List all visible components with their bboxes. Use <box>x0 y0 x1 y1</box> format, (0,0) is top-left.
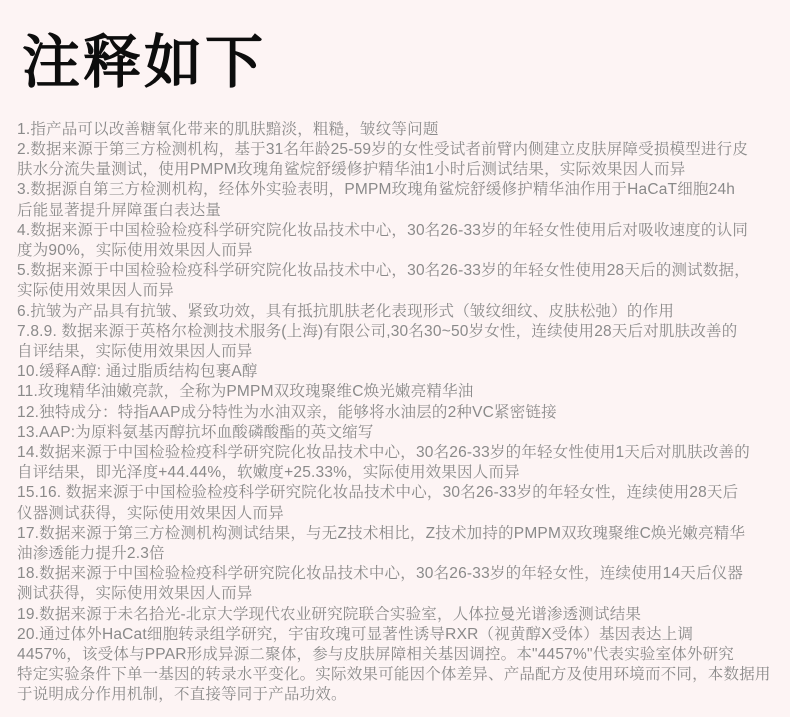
note-item-13: 13.AAP:为原料氨基丙醇抗坏血酸磷酸酯的英文缩写 <box>17 423 776 443</box>
annotations-page: 注释如下 1.指产品可以改善糖氧化带来的肌肤黯淡，粗糙，皱纹等问题 2.数据来源… <box>0 0 790 717</box>
note-item-18: 18.数据来源于中国检验检疫科学研究院化妆品技术中心，30名26-33岁的年轻女… <box>17 564 776 604</box>
page-title: 注释如下 <box>22 31 790 95</box>
note-item-20: 20.通过体外HaCat细胞转录组学研究，宇宙玫瑰可显著性诱导RXR（视黄醇X受… <box>17 625 776 706</box>
note-item-3: 3.数据源自第三方检测机构，经体外实验表明，PMPM玫瑰角鲨烷舒缓修护精华油作用… <box>17 180 776 220</box>
note-item-10: 10.缓释A醇: 通过脂质结构包裹A醇 <box>17 362 776 382</box>
note-item-19: 19.数据来源于未名拾光-北京大学现代农业研究院联合实验室，人体拉曼光谱渗透测试… <box>17 605 776 625</box>
notes-list: 1.指产品可以改善糖氧化带来的肌肤黯淡，粗糙，皱纹等问题 2.数据来源于第三方检… <box>0 95 790 706</box>
note-item-14: 14.数据来源于中国检验检疫科学研究院化妆品技术中心，30名26-33岁的年轻女… <box>17 443 776 483</box>
note-item-7-8-9: 7.8.9. 数据来源于英格尔检测技术服务(上海)有限公司,30名30~50岁女… <box>17 322 776 362</box>
note-item-12: 12.独特成分：特指AAP成分特性为水油双亲，能够将水油层的2种VC紧密链接 <box>17 403 776 423</box>
note-item-11: 11.玫瑰精华油嫩亮款，全称为PMPM双玫瑰聚维C焕光嫩亮精华油 <box>17 382 776 402</box>
note-item-17: 17.数据来源于第三方检测机构测试结果，与无Z技术相比，Z技术加持的PMPM双玫… <box>17 524 776 564</box>
note-item-2: 2.数据来源于第三方检测机构，基于31名年龄25-59岁的女性受试者前臂内侧建立… <box>17 140 776 180</box>
note-item-1: 1.指产品可以改善糖氧化带来的肌肤黯淡，粗糙，皱纹等问题 <box>17 120 776 140</box>
note-item-5: 5.数据来源于中国检验检疫科学研究院化妆品技术中心，30名26-33岁的年轻女性… <box>17 261 776 301</box>
note-item-6: 6.抗皱为产品具有抗皱、紧致功效，具有抵抗肌肤老化表现形式（皱纹细纹、皮肤松弛）… <box>17 302 776 322</box>
note-item-4: 4.数据来源于中国检验检疫科学研究院化妆品技术中心，30名26-33岁的年轻女性… <box>17 221 776 261</box>
note-item-15-16: 15.16. 数据来源于中国检验检疫科学研究院化妆品技术中心，30名26-33岁… <box>17 483 776 523</box>
